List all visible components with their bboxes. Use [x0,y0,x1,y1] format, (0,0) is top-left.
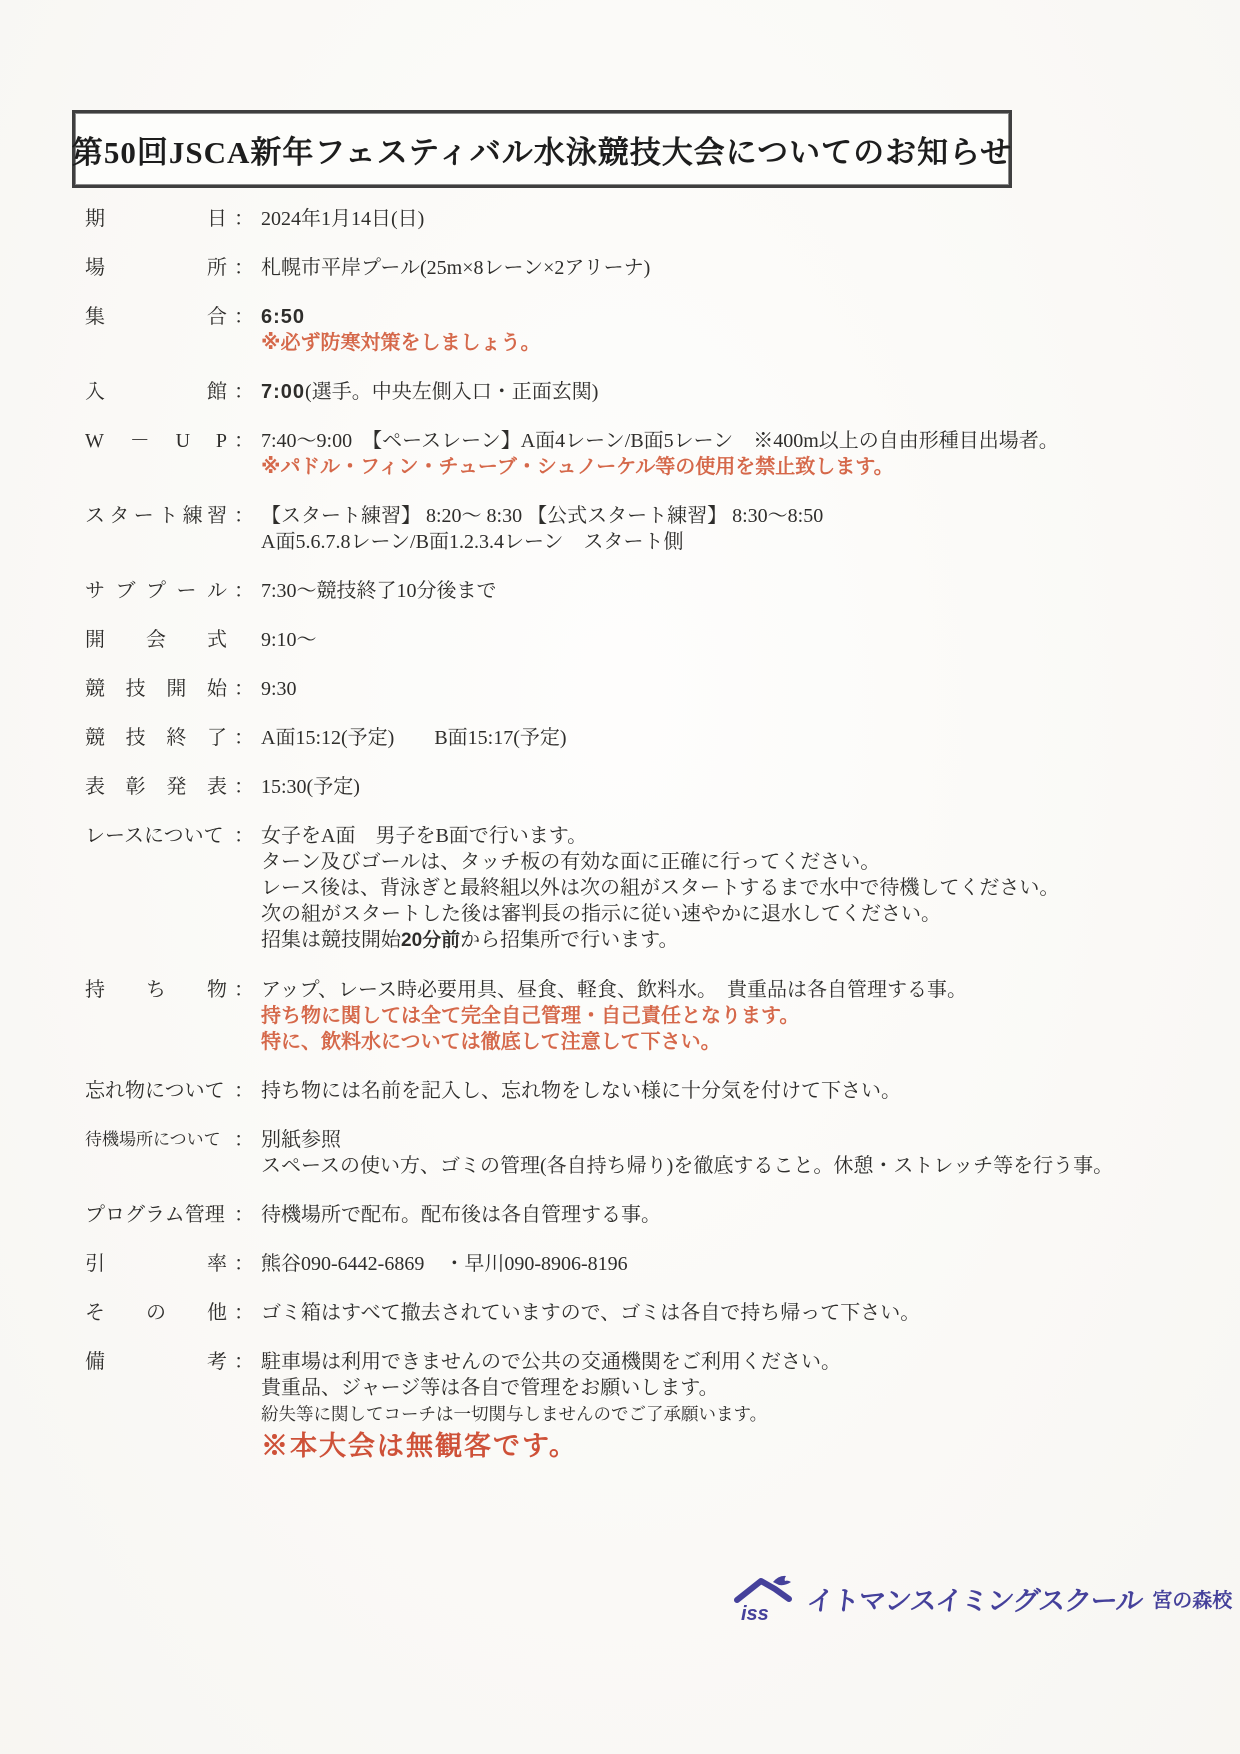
row-race-start: 競技開始 ： 9:30 [85,676,1180,702]
opening-value: 9:10～ [261,627,1180,653]
warmup-detail: 7:40～9:00 【ペースレーン】A面4レーン/B面5レーン ※400m以上の… [261,428,1180,454]
race-end-value: A面15:12(予定) B面15:17(予定) [261,725,1180,751]
row-program: プログラム管理 ： 待機場所で配布。配布後は各自管理する事。 [85,1202,1180,1228]
colon: ： [227,1251,261,1277]
chaperones-value: 熊谷090-6442-6869 ・早川090-8906-8196 [261,1251,1180,1277]
row-belongings-label: 持ち物 [85,977,227,1003]
remarks-disclaimer: 紛失等に関してコーチは一切関与しませんのでご了承願います。 [261,1401,1180,1427]
row-remarks-label: 備考 [85,1349,227,1375]
remarks-transport: 駐車場は利用できませんので公共の交通機関をご利用ください。 [261,1349,1180,1375]
row-remarks: 備考 ： 駐車場は利用できませんので公共の交通機関をご利用ください。 貴重品、ジ… [85,1349,1180,1459]
row-about-race-label: レースについて [85,823,227,849]
colon: ： [227,977,261,1003]
belongings-warning-1: 持ち物に関しては全て完全自己管理・自己責任となります。 [261,1003,1180,1029]
page-title: 第50回JSCA新年フェスティバル水泳競技大会についてのお知らせ [72,127,1012,172]
row-date-value: 2024年1月14日(日) [261,206,1180,232]
belongings-warning-2: 特に、飲料水については徹底して注意して下さい。 [261,1029,1180,1055]
row-race-start-label: 競技開始 [85,676,227,702]
colon: ： [227,823,261,849]
colon: ： [227,725,261,751]
svg-text:iss: iss [741,1603,769,1624]
colon: ： [227,1078,261,1104]
row-start-practice: スタート練習 ： 【スタート練習】 8:20～ 8:30 【公式スタート練習】 … [85,503,1180,555]
entry-time: 7:00 [261,381,305,403]
colon: ： [227,304,261,330]
row-date: 期日 ： 2024年1月14日(日) [85,206,1180,232]
start-practice-lanes: A面5.6.7.8レーン/B面1.2.3.4レーン スタート側 [261,529,1180,555]
itoman-logo-text: イトマンスイミングスクール [805,1579,1144,1618]
lost-items-value: 持ち物には名前を記入し、忘れ物をしない様に十分気を付けて下さい。 [261,1078,1180,1104]
row-place: 場所 ： 札幌市平岸プール(25m×8レーン×2アリーナ) [85,255,1180,281]
warmup-warning: ※パドル・フィン・チューブ・シュノーケル等の使用を禁止致します。 [261,454,1180,480]
row-belongings: 持ち物 ： アップ、レース時必要用具、昼食、軽食、飲料水。 貴重品は各自管理する… [85,977,1180,1055]
colon: ： [227,206,261,232]
waiting-area-ref: 別紙参照 [261,1127,1180,1153]
row-waiting-area-label: 待機場所について [85,1127,227,1153]
row-race-end-label: 競技終了 [85,725,227,751]
itoman-logo: iss イトマンスイミングスクール 宮の森校 [733,1572,1232,1624]
row-opening: 開会式 9:10～ [85,627,1180,653]
row-meeting-label: 集合 [85,304,227,330]
race-start-value: 9:30 [261,676,1180,702]
title-box: 第50回JSCA新年フェスティバル水泳競技大会についてのお知らせ [72,110,1012,188]
no-spectators-notice: ※本大会は無観客です。 [261,1433,1180,1459]
itoman-logo-branch: 宮の森校 [1152,1584,1232,1613]
row-lost-items: 忘れ物について ： 持ち物には名前を記入し、忘れ物をしない様に十分気を付けて下さ… [85,1078,1180,1104]
colon: ： [227,1127,261,1153]
colon: ： [227,428,261,454]
notice-body: 期日 ： 2024年1月14日(日) 場所 ： 札幌市平岸プール(25m×8レー… [85,206,1180,1459]
colon: ： [227,379,261,405]
belongings-list: アップ、レース時必要用具、昼食、軽食、飲料水。 貴重品は各自管理する事。 [261,977,1180,1003]
row-about-race: レースについて ： 女子をA面 男子をB面で行います。 ターン及びゴールは、タッ… [85,823,1180,954]
row-chaperones-label: 引率 [85,1251,227,1277]
colon: ： [227,578,261,604]
row-place-value: 札幌市平岸プール(25m×8レーン×2アリーナ) [261,255,1180,281]
program-value: 待機場所で配布。配布後は各自管理する事。 [261,1202,1180,1228]
race-note-3: レース後は、背泳ぎと最終組以外は次の組がスタートするまで水中で待機してください。 [261,875,1180,901]
entry-detail: (選手。中央左側入口・正面玄関) [305,381,598,403]
race-note-4: 次の組がスタートした後は審判長の指示に従い速やかに退水してください。 [261,901,1180,927]
row-sub-pool: サブプール ： 7:30～競技終了10分後まで [85,578,1180,604]
row-warmup: W－UP ： 7:40～9:00 【ペースレーン】A面4レーン/B面5レーン ※… [85,428,1180,480]
row-sub-pool-label: サブプール [85,578,227,604]
row-date-label: 期日 [85,206,227,232]
row-chaperones: 引率 ： 熊谷090-6442-6869 ・早川090-8906-8196 [85,1251,1180,1277]
row-opening-label: 開会式 [85,627,227,653]
others-value: ゴミ箱はすべて撤去されていますので、ゴミは各自で持ち帰って下さい。 [261,1300,1180,1326]
row-place-label: 場所 [85,255,227,281]
itoman-house-fish-icon: iss [733,1572,799,1624]
race-note-2: ターン及びゴールは、タッチ板の有効な面に正確に行ってください。 [261,849,1180,875]
row-entry: 入館 ： 7:00(選手。中央左側入口・正面玄関) [85,379,1180,405]
row-lost-items-label: 忘れ物について [85,1078,227,1104]
row-warmup-label: W－UP [85,428,227,454]
row-program-label: プログラム管理 [85,1202,227,1228]
row-waiting-area: 待機場所について ： 別紙参照 スペースの使い方、ゴミの管理(各自持ち帰り)を徹… [85,1127,1180,1179]
awards-value: 15:30(予定) [261,774,1180,800]
row-meeting: 集合 ： 6:50 ※必ず防寒対策をしましょう。 [85,304,1180,356]
row-start-practice-label: スタート練習 [85,503,227,529]
race-note-1: 女子をA面 男子をB面で行います。 [261,823,1180,849]
remarks-valuables: 貴重品、ジャージ等は各自で管理をお願いします。 [261,1375,1180,1401]
row-awards-label: 表彰発表 [85,774,227,800]
meeting-warning: ※必ず防寒対策をしましょう。 [261,330,1180,356]
colon: ： [227,255,261,281]
colon: ： [227,1349,261,1375]
colon: ： [227,676,261,702]
document-page: 第50回JSCA新年フェスティバル水泳競技大会についてのお知らせ 期日 ： 20… [0,0,1240,1754]
colon: ： [227,774,261,800]
row-others: その他 ： ゴミ箱はすべて撤去されていますので、ゴミは各自で持ち帰って下さい。 [85,1300,1180,1326]
colon: ： [227,1300,261,1326]
race-note-5: 招集は競技開始20分前から招集所で行います。 [261,927,1180,954]
row-entry-label: 入館 [85,379,227,405]
meeting-time: 6:50 [261,306,305,328]
colon: ： [227,503,261,529]
sub-pool-value: 7:30～競技終了10分後まで [261,578,1180,604]
colon: ： [227,1202,261,1228]
row-awards: 表彰発表 ： 15:30(予定) [85,774,1180,800]
row-race-end: 競技終了 ： A面15:12(予定) B面15:17(予定) [85,725,1180,751]
waiting-area-rules: スペースの使い方、ゴミの管理(各自持ち帰り)を徹底すること。休憩・ストレッチ等を… [261,1153,1180,1179]
start-practice-times: 【スタート練習】 8:20～ 8:30 【公式スタート練習】 8:30～8:50 [261,503,1180,529]
row-others-label: その他 [85,1300,227,1326]
